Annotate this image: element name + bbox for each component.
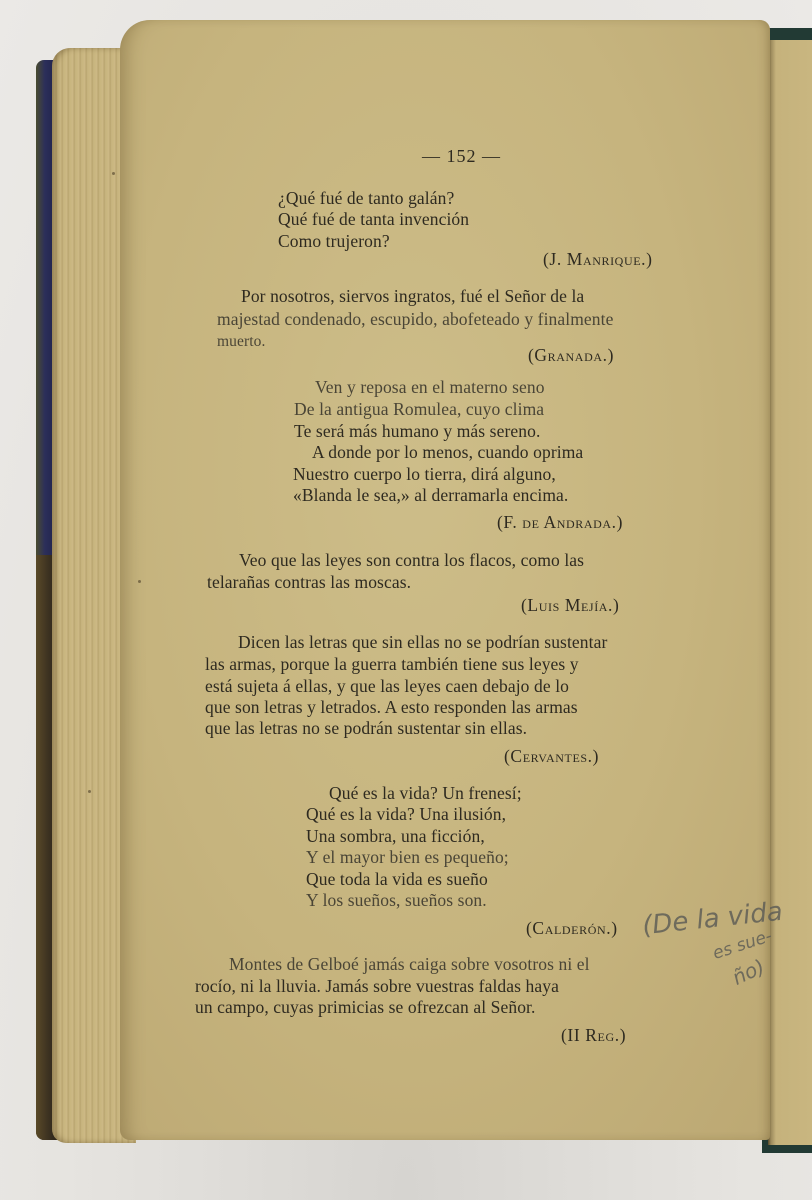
prose-line: Montes de Gelboé jamás caiga sobre vosot…: [229, 954, 590, 976]
prose-line: majestad condenado, escupido, abofeteado…: [217, 309, 613, 331]
prose-line: que las letras no se podrán sustentar si…: [205, 718, 527, 740]
verse-line: Y los sueños, sueños son.: [306, 890, 487, 912]
verse-line: Y el mayor bien es pequeño;: [306, 847, 509, 869]
verse-line: Que toda la vida es sueño: [306, 869, 488, 891]
verse-line: Qué es la vida? Un frenesí;: [329, 783, 522, 805]
prose-line: las armas, porque la guerra también tien…: [205, 654, 579, 676]
ink-speck: [112, 172, 115, 175]
prose-line: rocío, ni la lluvia. Jamás sobre vuestra…: [195, 976, 559, 998]
prose-line: que son letras y letrados. A esto respon…: [205, 697, 578, 719]
prose-line: Dicen las letras que sin ellas no se pod…: [238, 632, 607, 654]
prose-line: telarañas contras las moscas.: [207, 572, 411, 594]
verse-line: A donde por lo menos, cuando oprima: [312, 442, 583, 464]
verse-line: Qué fué de tanta invención: [278, 209, 469, 231]
attribution: (F. de Andrada.): [497, 512, 623, 534]
attribution: (Calderón.): [526, 918, 618, 940]
attribution: (Cervantes.): [504, 746, 599, 768]
page-number: — 152 —: [422, 146, 501, 168]
ink-speck: [88, 790, 91, 793]
verse-line: Te será más humano y más sereno.: [294, 421, 540, 443]
facing-page-edge: [768, 40, 812, 1145]
attribution: (II Reg.): [561, 1025, 626, 1047]
verse-line: ¿Qué fué de tanto galán?: [278, 188, 454, 210]
verse-line: Una sombra, una ficción,: [306, 826, 485, 848]
prose-line: está sujeta á ellas, y que las leyes cae…: [205, 676, 569, 698]
verse-line: Ven y reposa en el materno seno: [315, 377, 545, 399]
verse-line: Qué es la vida? Una ilusión,: [306, 804, 506, 826]
verse-line: Como trujeron?: [278, 231, 390, 253]
attribution: (Granada.): [528, 345, 614, 367]
prose-line: muerto.: [217, 331, 265, 353]
prose-line: Por nosotros, siervos ingratos, fué el S…: [241, 286, 584, 308]
verse-line: «Blanda le sea,» al derramarla encima.: [293, 485, 568, 507]
attribution: (Luis Mejía.): [521, 595, 619, 617]
verse-line: Nuestro cuerpo lo tierra, dirá alguno,: [293, 464, 556, 486]
ink-speck: [138, 580, 141, 583]
verse-line: De la antigua Romulea, cuyo clima: [294, 399, 544, 421]
prose-line: Veo que las leyes son contra los flacos,…: [239, 550, 584, 572]
attribution: (J. Manrique.): [543, 249, 653, 271]
prose-line: un campo, cuyas primicias se ofrezcan al…: [195, 997, 535, 1019]
